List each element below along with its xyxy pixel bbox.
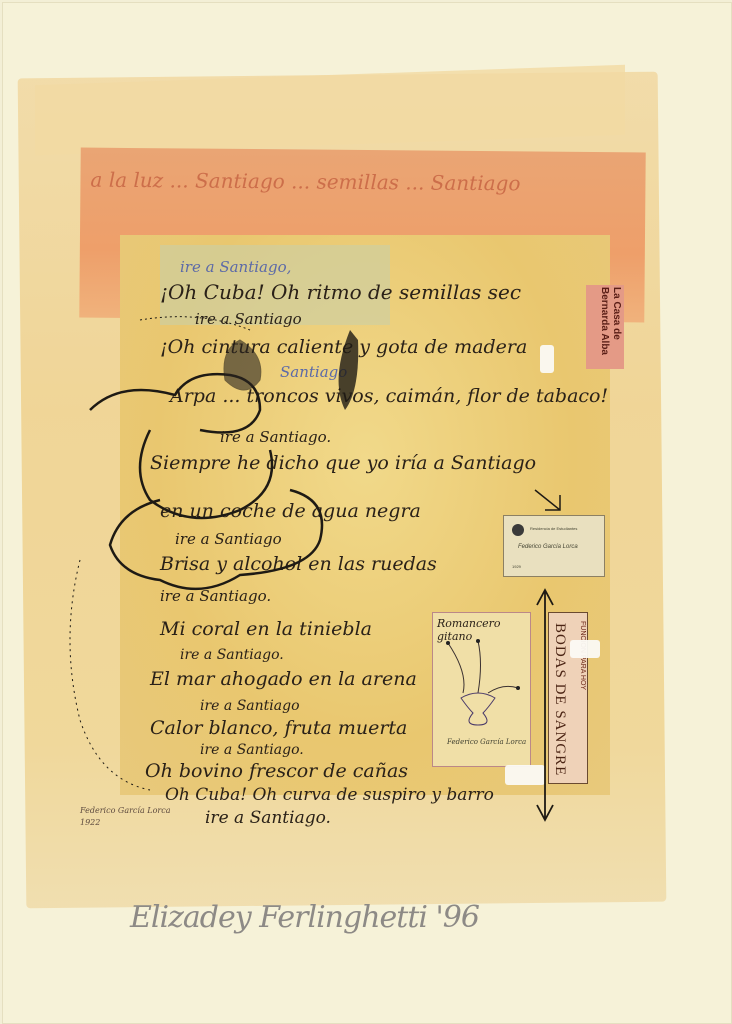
lorca-name: Federico García Lorca: [80, 805, 170, 817]
lorca-year: 1922: [80, 817, 170, 829]
face-drawing-icon: [0, 0, 732, 1024]
artist-signature: Elizadey Ferlinghetti '96: [130, 900, 479, 935]
lorca-signature: Federico García Lorca 1922: [80, 805, 170, 829]
